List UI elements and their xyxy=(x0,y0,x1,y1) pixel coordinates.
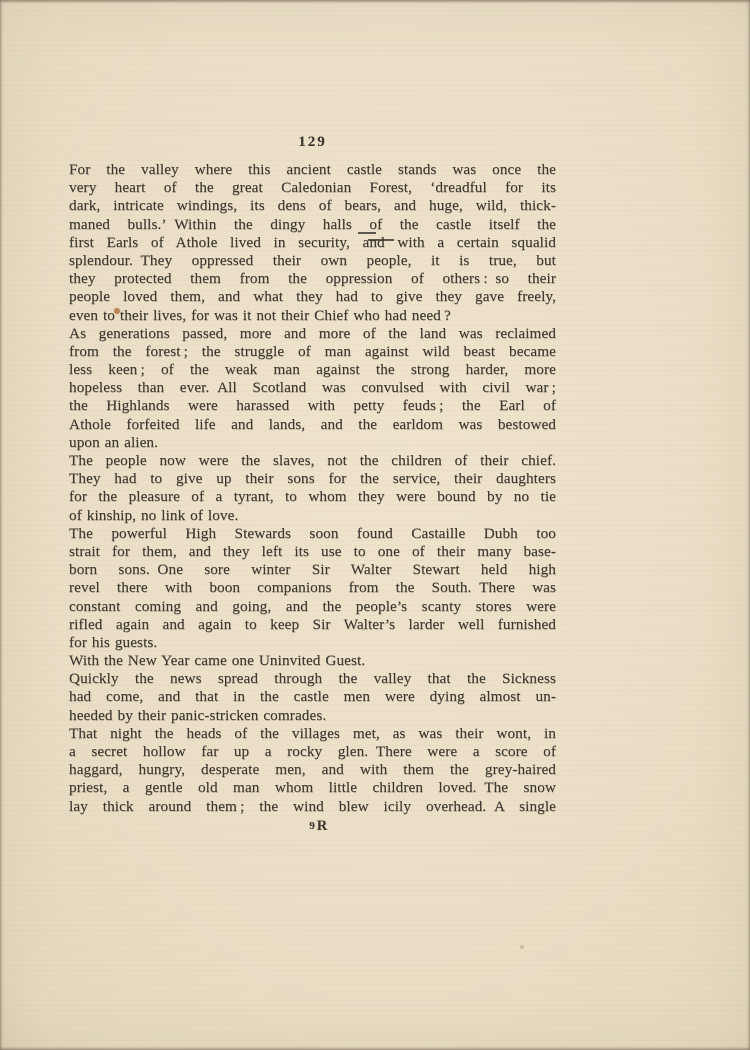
text-line: even to their lives, for was it not thei… xyxy=(69,307,556,325)
paper-speck-artifact xyxy=(520,945,524,949)
text-line: rifled again and again to keep Sir Walte… xyxy=(69,616,556,634)
text-line: hopeless than ever. All Scotland was con… xyxy=(69,379,556,397)
text-line: for his guests. xyxy=(69,634,556,652)
text-line: very heart of the great Caledonian Fores… xyxy=(69,179,556,197)
text-line: lay thick around them ; the wind blew ic… xyxy=(69,798,556,816)
text-line: constant coming and going, and the peopl… xyxy=(69,598,556,616)
page-body: For the valley where this ancient castle… xyxy=(69,161,556,816)
text-line: people loved them, and what they had to … xyxy=(69,288,556,306)
text-line: With the New Year came one Uninvited Gue… xyxy=(69,652,556,670)
text-line: upon an alien. xyxy=(69,434,556,452)
text-line: strait for them, and they left its use t… xyxy=(69,543,556,561)
text-line: maned bulls.’ Within the dingy halls of … xyxy=(69,216,556,234)
text-line: less keen ; of the weak man against the … xyxy=(69,361,556,379)
text-line: As generations passed, more and more of … xyxy=(69,325,556,343)
text-line: from the forest ; the struggle of man ag… xyxy=(69,343,556,361)
book-page: 129 For the valley where this ancient ca… xyxy=(0,0,750,1050)
text-line: Athole forfeited life and lands, and the… xyxy=(69,416,556,434)
printers-signature: 9R xyxy=(69,817,556,835)
text-line: That night the heads of the villages met… xyxy=(69,725,556,743)
text-line: The powerful High Stewards soon found Ca… xyxy=(69,525,556,543)
text-line: the Highlands were harassed with petty f… xyxy=(69,397,556,415)
text-line: splendour. They oppressed their own peop… xyxy=(69,252,556,270)
text-line: heeded by their panic-stricken comrades. xyxy=(69,707,556,725)
text-line: first Earls of Athole lived in security,… xyxy=(69,234,556,252)
text-line: born sons. One sore winter Sir Walter St… xyxy=(69,561,556,579)
text-line: dark, intricate windings, its dens of be… xyxy=(69,197,556,215)
text-line: a secret hollow far up a rocky glen. The… xyxy=(69,743,556,761)
page-number: 129 xyxy=(69,134,556,151)
text-line: priest, a gentle old man whom little chi… xyxy=(69,779,556,797)
text-line: of kinship, no link of love. xyxy=(69,507,556,525)
text-line: For the valley where this ancient castle… xyxy=(69,161,556,179)
text-line: had come, and that in the castle men wer… xyxy=(69,688,556,706)
text-line: for the pleasure of a tyrant, to whom th… xyxy=(69,488,556,506)
signature-letter: R xyxy=(317,818,328,834)
text-line: Quickly the news spread through the vall… xyxy=(69,670,556,688)
text-line: revel there with boon companions from th… xyxy=(69,579,556,597)
text-line: They had to give up their sons for the s… xyxy=(69,470,556,488)
text-line: they protected them from the oppression … xyxy=(69,270,556,288)
signature-mark: 9 xyxy=(309,820,315,832)
text-line: The people now were the slaves, not the … xyxy=(69,452,556,470)
text-line: haggard, hungry, desperate men, and with… xyxy=(69,761,556,779)
